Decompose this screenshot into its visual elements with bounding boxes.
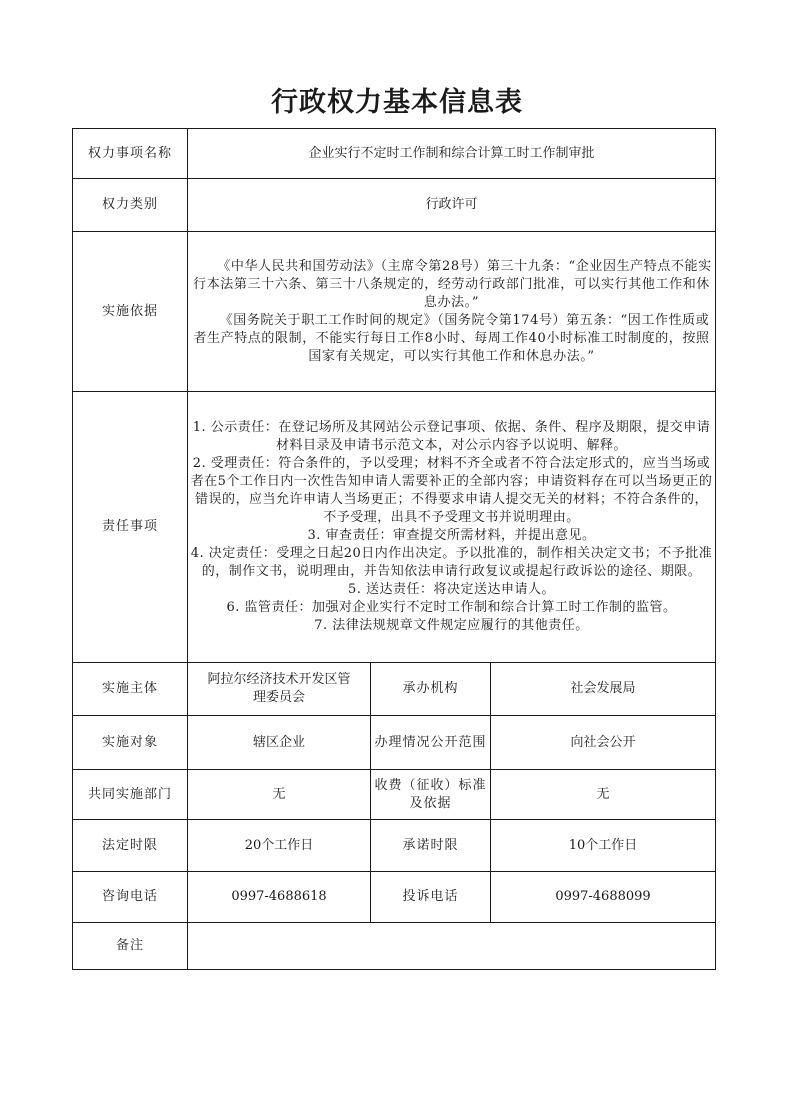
row-target: 实施对象 辖区企业 办理情况公开范围 向社会公开 bbox=[73, 716, 716, 770]
power-name-label: 权力事项名称 bbox=[73, 129, 188, 179]
row-remarks: 备注 bbox=[73, 923, 716, 970]
duty-item: 2. 受理责任：符合条件的，予以受理；材料不齐全或者不符合法定形式的，应当当场或… bbox=[190, 455, 713, 527]
basis-paragraph: 《国务院关于职工工作时间的规定》（国务院令第174号）第五条：“因工作性质或者生… bbox=[190, 312, 713, 366]
subject-label: 实施主体 bbox=[73, 663, 188, 716]
row-basis: 实施依据 《中华人民共和国劳动法》（主席令第28号）第三十九条：“企业因生产特点… bbox=[73, 232, 716, 392]
remarks-value bbox=[188, 923, 716, 970]
remarks-label: 备注 bbox=[73, 923, 188, 970]
basis-label: 实施依据 bbox=[73, 232, 188, 392]
power-type-value: 行政许可 bbox=[188, 179, 716, 232]
complaint-phone-value: 0997-4688099 bbox=[491, 872, 716, 923]
row-power-type: 权力类别 行政许可 bbox=[73, 179, 716, 232]
page-title: 行政权力基本信息表 bbox=[0, 80, 794, 126]
row-time-limit: 法定时限 20个工作日 承诺时限 10个工作日 bbox=[73, 820, 716, 872]
power-name-value: 企业实行不定时工作制和综合计算工时工作制审批 bbox=[188, 129, 716, 179]
duty-item: 3. 审查责任：审查提交所需材料，并提出意见。 bbox=[190, 527, 713, 545]
fee-standard-value: 无 bbox=[491, 770, 716, 820]
duty-item: 7. 法律法规规章文件规定应履行的其他责任。 bbox=[190, 617, 713, 635]
joint-dept-value: 无 bbox=[188, 770, 371, 820]
row-subject: 实施主体 阿拉尔经济技术开发区管理委员会 承办机构 社会发展局 bbox=[73, 663, 716, 716]
basis-paragraph: 《中华人民共和国劳动法》（主席令第28号）第三十九条：“企业因生产特点不能实行本… bbox=[190, 258, 713, 312]
target-value: 辖区企业 bbox=[188, 716, 371, 770]
power-type-label: 权力类别 bbox=[73, 179, 188, 232]
promised-time-limit-value: 10个工作日 bbox=[491, 820, 716, 872]
row-power-name: 权力事项名称 企业实行不定时工作制和综合计算工时工作制审批 bbox=[73, 129, 716, 179]
duty-item: 5. 送达责任：将决定送达申请人。 bbox=[190, 581, 713, 599]
joint-dept-label: 共同实施部门 bbox=[73, 770, 188, 820]
agency-label: 承办机构 bbox=[371, 663, 491, 716]
duty-item: 4. 决定责任：受理之日起20日内作出决定。予以批准的，制作相关决定文书；不予批… bbox=[190, 545, 713, 581]
duty-item: 6. 监管责任：加强对企业实行不定时工作制和综合计算工时工作制的监管。 bbox=[190, 599, 713, 617]
basis-value: 《中华人民共和国劳动法》（主席令第28号）第三十九条：“企业因生产特点不能实行本… bbox=[188, 232, 716, 392]
subject-value: 阿拉尔经济技术开发区管理委员会 bbox=[188, 663, 371, 716]
duties-label: 责任事项 bbox=[73, 392, 188, 663]
promised-time-limit-label: 承诺时限 bbox=[371, 820, 491, 872]
complaint-phone-label: 投诉电话 bbox=[371, 872, 491, 923]
duty-item: 1. 公示责任：在登记场所及其网站公示登记事项、依据、条件、程序及期限，提交申请… bbox=[190, 419, 713, 455]
legal-time-limit-value: 20个工作日 bbox=[188, 820, 371, 872]
row-duties: 责任事项 1. 公示责任：在登记场所及其网站公示登记事项、依据、条件、程序及期限… bbox=[73, 392, 716, 663]
duties-value: 1. 公示责任：在登记场所及其网站公示登记事项、依据、条件、程序及期限，提交申请… bbox=[188, 392, 716, 663]
disclosure-scope-value: 向社会公开 bbox=[491, 716, 716, 770]
disclosure-scope-label: 办理情况公开范围 bbox=[371, 716, 491, 770]
row-phone: 咨询电话 0997-4688618 投诉电话 0997-4688099 bbox=[73, 872, 716, 923]
inquiry-phone-label: 咨询电话 bbox=[73, 872, 188, 923]
fee-standard-label: 收费（征收）标准及依据 bbox=[371, 770, 491, 820]
legal-time-limit-label: 法定时限 bbox=[73, 820, 188, 872]
info-table: 权力事项名称 企业实行不定时工作制和综合计算工时工作制审批 权力类别 行政许可 … bbox=[72, 128, 716, 970]
agency-value: 社会发展局 bbox=[491, 663, 716, 716]
target-label: 实施对象 bbox=[73, 716, 188, 770]
inquiry-phone-value: 0997-4688618 bbox=[188, 872, 371, 923]
row-joint: 共同实施部门 无 收费（征收）标准及依据 无 bbox=[73, 770, 716, 820]
